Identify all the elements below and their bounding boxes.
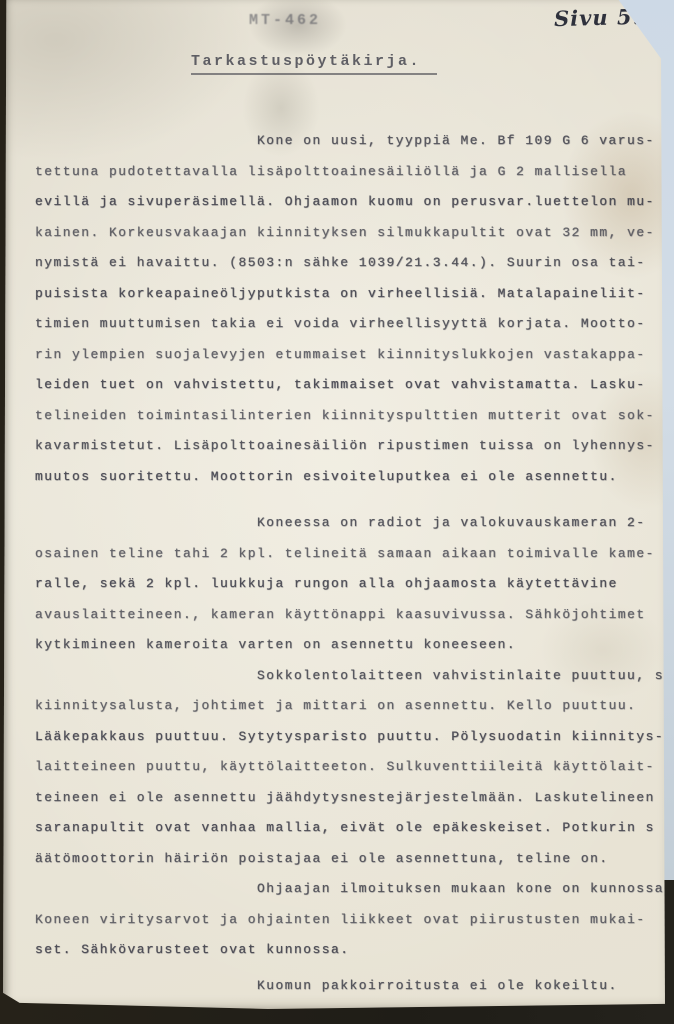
typed-line: kavarmistetut. Lisäpolttoainesäiliön rip… bbox=[35, 431, 655, 462]
aircraft-registration: MT-462 bbox=[249, 12, 321, 29]
typed-line: Sokkolentolaitteen vahvistinlaite puuttu… bbox=[35, 661, 655, 692]
typed-line: Koneessa on radiot ja valokuvauskameran … bbox=[35, 508, 655, 539]
typed-line: Kone on uusi, tyyppiä Me. Bf 109 G 6 var… bbox=[35, 126, 655, 157]
typed-line: leiden tuet on vahvistettu, takimmaiset … bbox=[35, 370, 655, 401]
typed-line: evillä ja sivuperäsimellä. Ohjaamon kuom… bbox=[35, 187, 655, 218]
paragraph: Sokkolentolaitteen vahvistinlaite puuttu… bbox=[35, 661, 655, 875]
typed-line: avauslaitteineen., kameran käyttönappi k… bbox=[35, 600, 655, 631]
document-body: Kone on uusi, tyyppiä Me. Bf 109 G 6 var… bbox=[35, 126, 655, 1001]
document-page: MT-462 Sivu 5. Tarkastuspöytäkirja. Kone… bbox=[3, 0, 665, 1011]
typed-line: Kuomun pakkoirroitusta ei ole kokeiltu. bbox=[35, 971, 655, 1002]
typed-line: Koneen viritysarvot ja ohjainten liikkee… bbox=[35, 905, 655, 936]
typed-line: timien muuttumisen takia ei voida virhee… bbox=[35, 309, 655, 340]
typed-line: muutos suoritettu. Moottorin esivoitelup… bbox=[35, 462, 655, 493]
typed-line: Ohjaajan ilmoituksen mukaan kone on kunn… bbox=[35, 874, 655, 905]
typed-line: set. Sähkövarusteet ovat kunnossa. bbox=[35, 935, 655, 966]
typed-line: kainen. Korkeusvakaajan kiinnityksen sil… bbox=[35, 218, 655, 249]
typed-line: laitteineen puuttu, käyttölaitteeton. Su… bbox=[35, 752, 655, 783]
paragraph: Koneessa on radiot ja valokuvauskameran … bbox=[35, 508, 655, 661]
paragraph: Ohjaajan ilmoituksen mukaan kone on kunn… bbox=[35, 874, 655, 966]
typed-line: kiinnitysalusta, johtimet ja mittari on … bbox=[35, 691, 655, 722]
typed-line: telineiden toimintasilinterien kiinnitys… bbox=[35, 401, 655, 432]
typed-line: tettuna pudotettavalla lisäpolttoainesäi… bbox=[35, 157, 655, 188]
typed-line: teineen ei ole asennettu jäähdytysnestej… bbox=[35, 783, 655, 814]
typed-line: rin ylempien suojalevyjen etummaiset kii… bbox=[35, 340, 655, 371]
typed-line: osainen teline tahi 2 kpl. telineitä sam… bbox=[35, 539, 655, 570]
paragraph: Kuomun pakkoirroitusta ei ole kokeiltu. bbox=[35, 971, 655, 1002]
typed-line: ralle, sekä 2 kpl. luukkuja rungon alla … bbox=[35, 569, 655, 600]
typed-line: äätömoottorin häiriön poistajaa ei ole a… bbox=[35, 844, 655, 875]
scanned-photo: MT-462 Sivu 5. Tarkastuspöytäkirja. Kone… bbox=[0, 0, 674, 1024]
document-title: Tarkastuspöytäkirja. bbox=[191, 53, 437, 75]
typed-line: kytkimineen kameroita varten on asennett… bbox=[35, 630, 655, 661]
typed-line: puisista korkeapaineöljyputkista on virh… bbox=[35, 279, 655, 310]
typed-line: Lääkepakkaus puuttuu. Sytytysparisto puu… bbox=[35, 722, 655, 753]
typed-line: saranapultit ovat vanhaa mallia, eivät o… bbox=[35, 813, 655, 844]
paragraph: Kone on uusi, tyyppiä Me. Bf 109 G 6 var… bbox=[35, 126, 655, 492]
typed-line: nymistä ei havaittu. (8503:n sähke 1039/… bbox=[35, 248, 655, 279]
